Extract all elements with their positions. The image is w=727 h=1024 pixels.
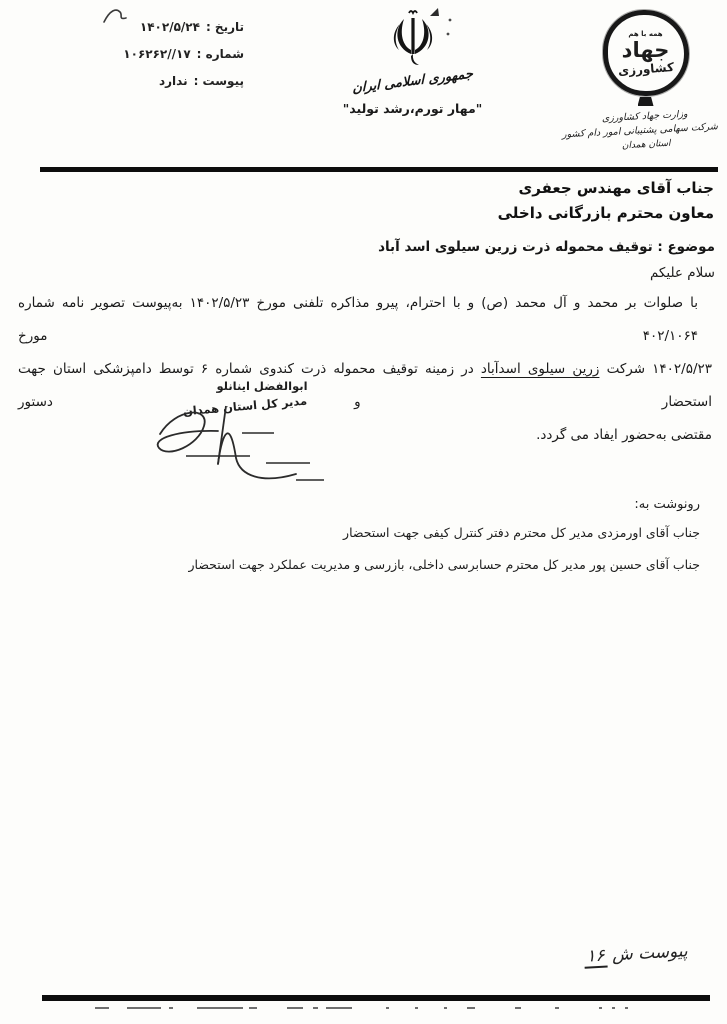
date-label: تاریخ : xyxy=(206,14,244,41)
date-value: ۱۴۰۲/۵/۲۴ xyxy=(140,14,200,41)
body-line-3: مقتضی به‌حضور ایفاد می گردد. xyxy=(18,419,712,452)
header-divider-rule xyxy=(40,167,718,172)
body-line-1: با صلوات بر محمد و آل محمد (ص) و با احتر… xyxy=(18,287,712,353)
footer-divider-rule xyxy=(42,995,710,1001)
attachment-note-text: پیوست ش xyxy=(611,941,688,965)
logo-jahad-word: جهاد xyxy=(622,40,670,61)
handwritten-signature xyxy=(146,400,341,492)
cc-item: جناب آقای حسین پور مدیر کل محترم حسابرسی… xyxy=(188,557,700,572)
cc-item: جناب آقای اورمزدی مدیر کل محترم دفتر کنت… xyxy=(343,525,700,540)
subject-label: موضوع : xyxy=(657,239,715,255)
logo-keshavarzi-word: کشاورزی xyxy=(617,61,674,77)
organization-block: همه با هم جهاد کشاورزی وزارت جهاد کشاورز… xyxy=(573,6,718,152)
recipient-name: جناب آقای مهندس جعفری xyxy=(498,176,714,201)
handwritten-attachment-note: پیوست ش ۱۶ xyxy=(556,940,717,968)
organization-names: وزارت جهاد کشاورزی شرکت سهامی پشتیبانی ا… xyxy=(572,106,719,156)
subject-text: توقیف محموله ذرت زرین سیلوی اسد آباد xyxy=(378,239,653,255)
footer-microtext xyxy=(95,1007,665,1009)
letter-page: تاریخ : ۱۴۰۲/۵/۲۴ شماره : ۱۷//۱۰۶۲۶۲ پیو… xyxy=(0,0,727,1024)
logo-base-shape xyxy=(638,97,654,106)
subject-line: موضوع : توقیف محموله ذرت زرین سیلوی اسد … xyxy=(378,239,715,255)
meta-attachment-row: پیوست : ندارد xyxy=(64,68,244,95)
country-name-calligraphy: جمهوری اسلامی ایران xyxy=(352,67,473,97)
ink-marks xyxy=(424,6,454,40)
attachment-value: ندارد xyxy=(159,68,188,95)
attachment-note-number: ۱۶ xyxy=(584,946,607,969)
logo-motto: همه با هم xyxy=(628,31,662,38)
body-line2-word: شرکت xyxy=(607,361,645,377)
body-line2-underlined-company: زرین سیلوی اسدآباد xyxy=(481,361,600,377)
meta-date-row: تاریخ : ۱۴۰۲/۵/۲۴ xyxy=(64,14,244,41)
number-label: شماره : xyxy=(197,41,244,68)
attachment-label: پیوست : xyxy=(194,68,244,95)
letter-body: با صلوات بر محمد و آل محمد (ص) و با احتر… xyxy=(18,287,712,452)
body-line2-date: ۱۴۰۲/۵/۲۳ xyxy=(652,361,712,377)
recipient-block: جناب آقای مهندس جعفری معاون محترم بازرگا… xyxy=(498,176,714,226)
number-value: ۱۷//۱۰۶۲۶۲ xyxy=(123,41,190,68)
signer-name: ابوالفضل اینانلو xyxy=(192,379,332,393)
meta-number-row: شماره : ۱۷//۱۰۶۲۶۲ xyxy=(64,41,244,68)
cc-label: رونوشت به: xyxy=(634,497,700,512)
greeting-line: سلام علیکم xyxy=(650,265,715,281)
jahad-keshavarzi-logo: همه با هم جهاد کشاورزی xyxy=(603,10,689,96)
recipient-title: معاون محترم بازرگانی داخلی xyxy=(498,201,714,226)
body-line-2: ۱۴۰۲/۵/۲۳ شرکت زرین سیلوی اسدآباد در زمی… xyxy=(18,353,712,419)
letter-meta-block: تاریخ : ۱۴۰۲/۵/۲۴ شماره : ۱۷//۱۰۶۲۶۲ پیو… xyxy=(64,14,244,95)
national-header: جمهوری اسلامی ایران "مهار تورم،رشد تولید… xyxy=(330,10,495,116)
year-slogan: "مهار تورم،رشد تولید" xyxy=(330,101,495,116)
